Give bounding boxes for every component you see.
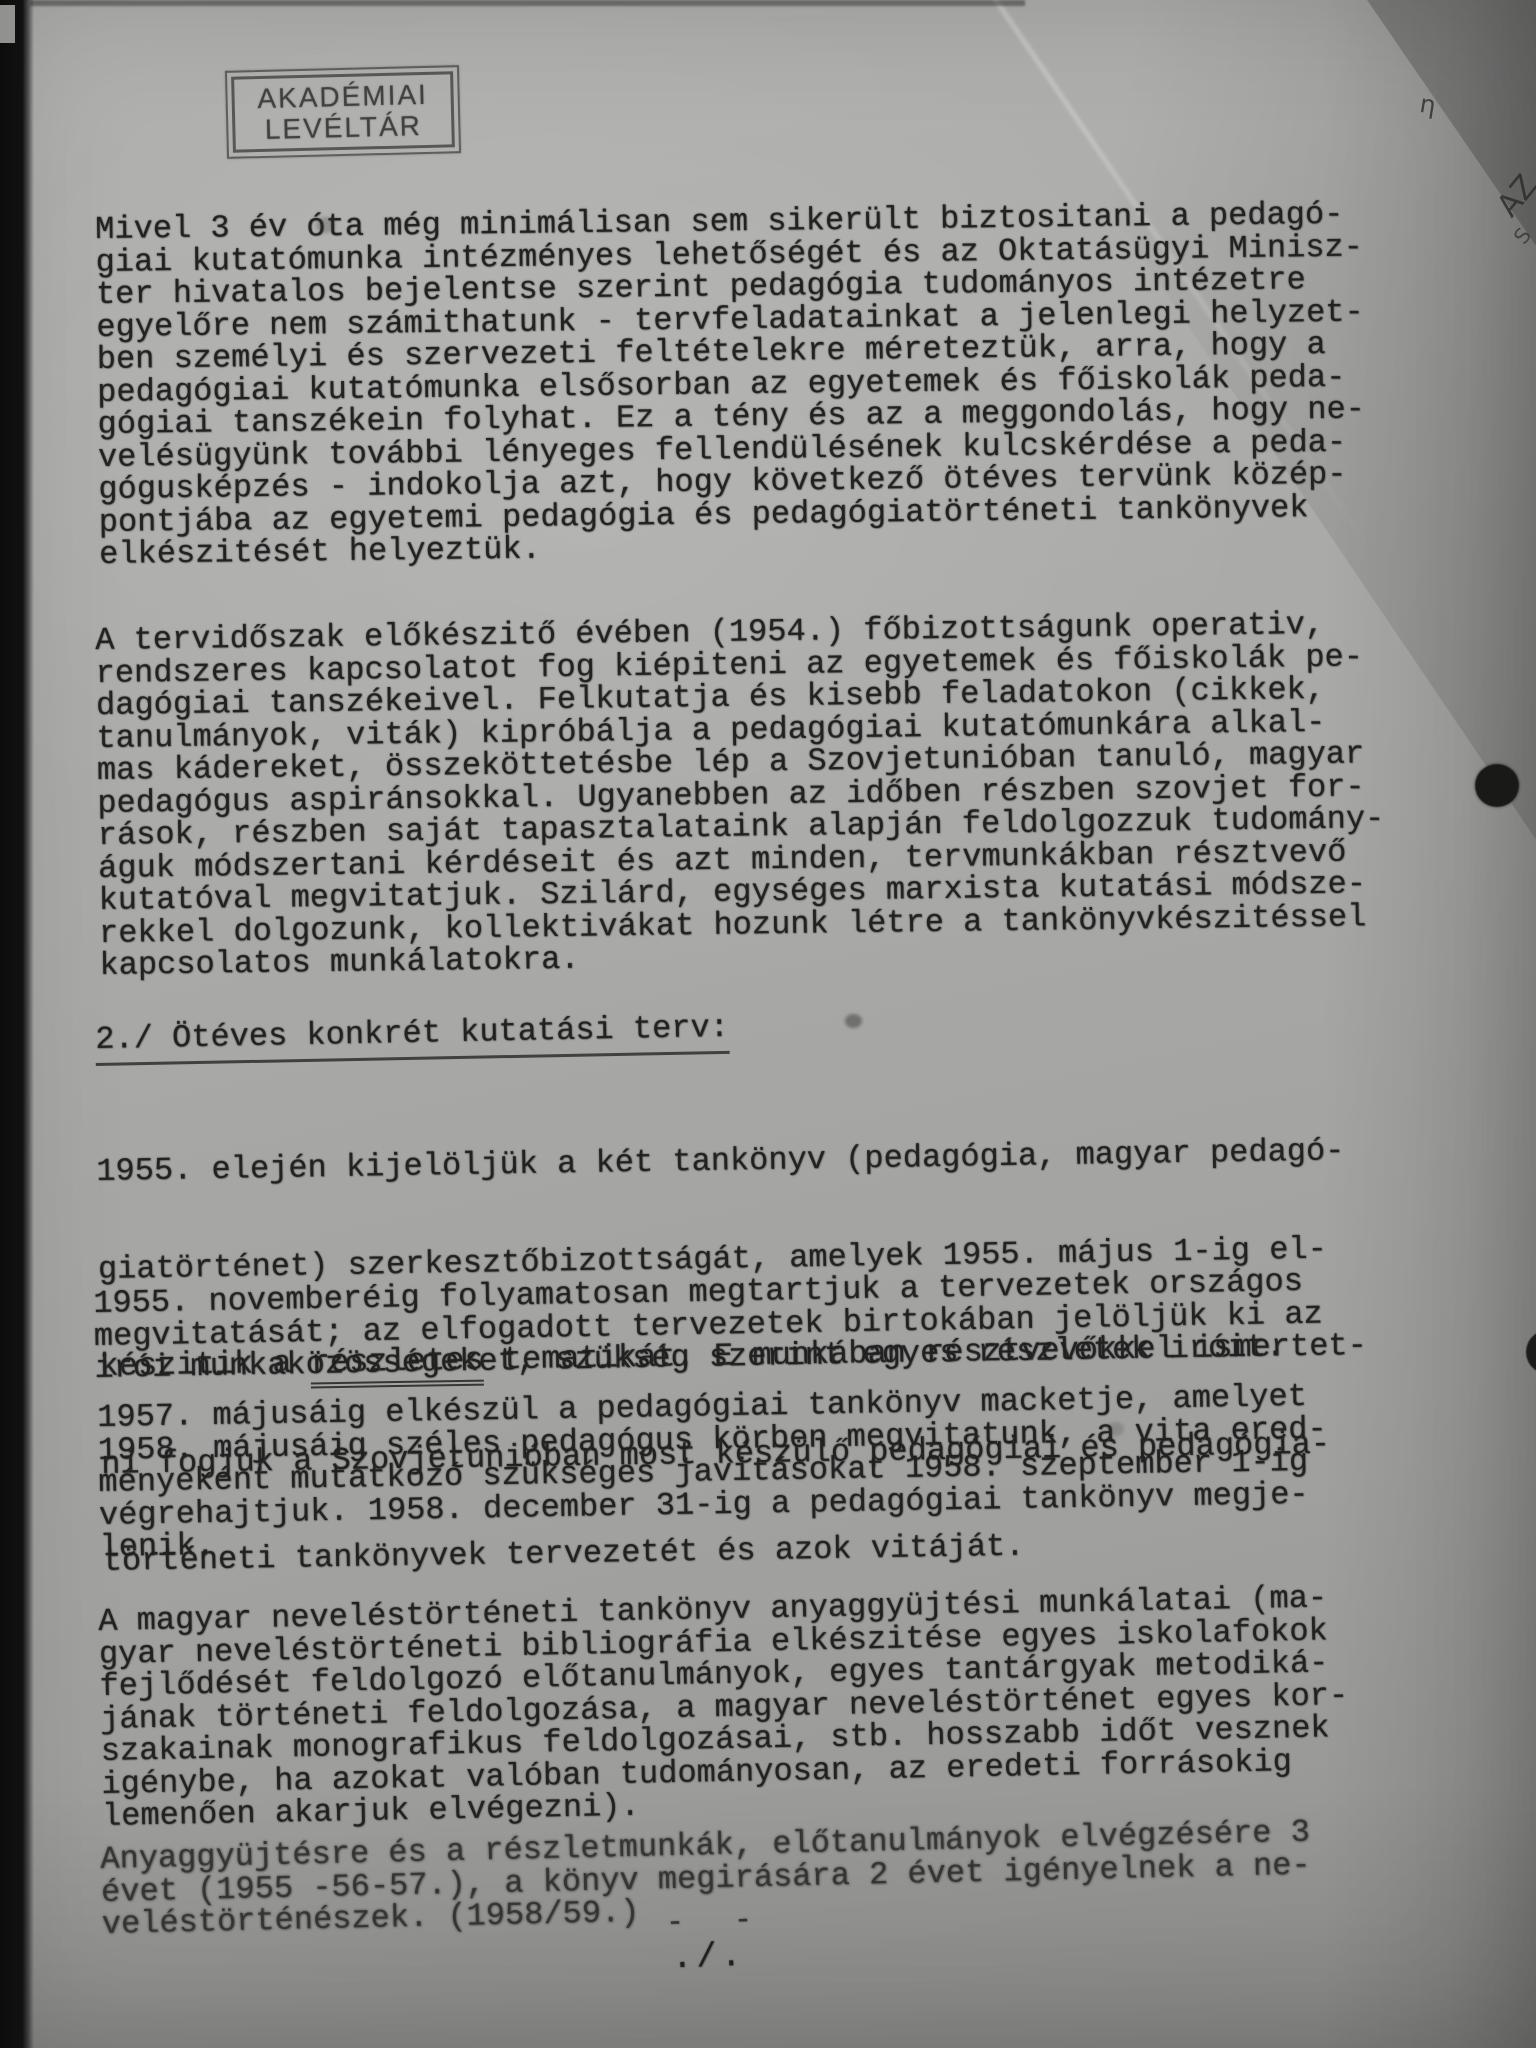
paragraph-4: 1955. novemberéig folyamatosan megtartju…: [93, 1265, 1324, 1385]
section-heading: 2./ Ötéves konkrét kutatási terv:: [95, 1012, 729, 1057]
paragraph-1: Mivel 3 év óta még minimálisan sem siker…: [95, 199, 1367, 572]
paragraph-6: A magyar neveléstörténeti tankönyv anyag…: [98, 1582, 1350, 1833]
section-heading-text: 2./ Ötéves konkrét kutatási terv:: [95, 1009, 729, 1066]
document-text: Mivel 3 év óta még minimálisan sem siker…: [0, 0, 1536, 2048]
scan-edge-notch: [0, 5, 15, 43]
end-dashes: - -: [665, 1904, 768, 1940]
paragraph-2: A tervidőszak előkészitő évében (1954.) …: [95, 608, 1386, 982]
scanned-document-page: AKADÉMIAI LEVÉLTÁR Mivel 3 év óta még mi…: [0, 0, 1536, 2048]
text-line: 1955. elején kijelöljük a két tankönyv (…: [96, 1135, 1364, 1189]
end-of-page-mark: ./.: [671, 1941, 745, 1976]
ink-smudge: [845, 1014, 862, 1028]
top-scan-edge: [30, 0, 1025, 6]
paragraph-5: 1957. májusáig elkészül a pedagógiai tan…: [97, 1381, 1329, 1565]
punch-hole: [1475, 764, 1519, 807]
left-scan-edge: [0, 0, 34, 2048]
